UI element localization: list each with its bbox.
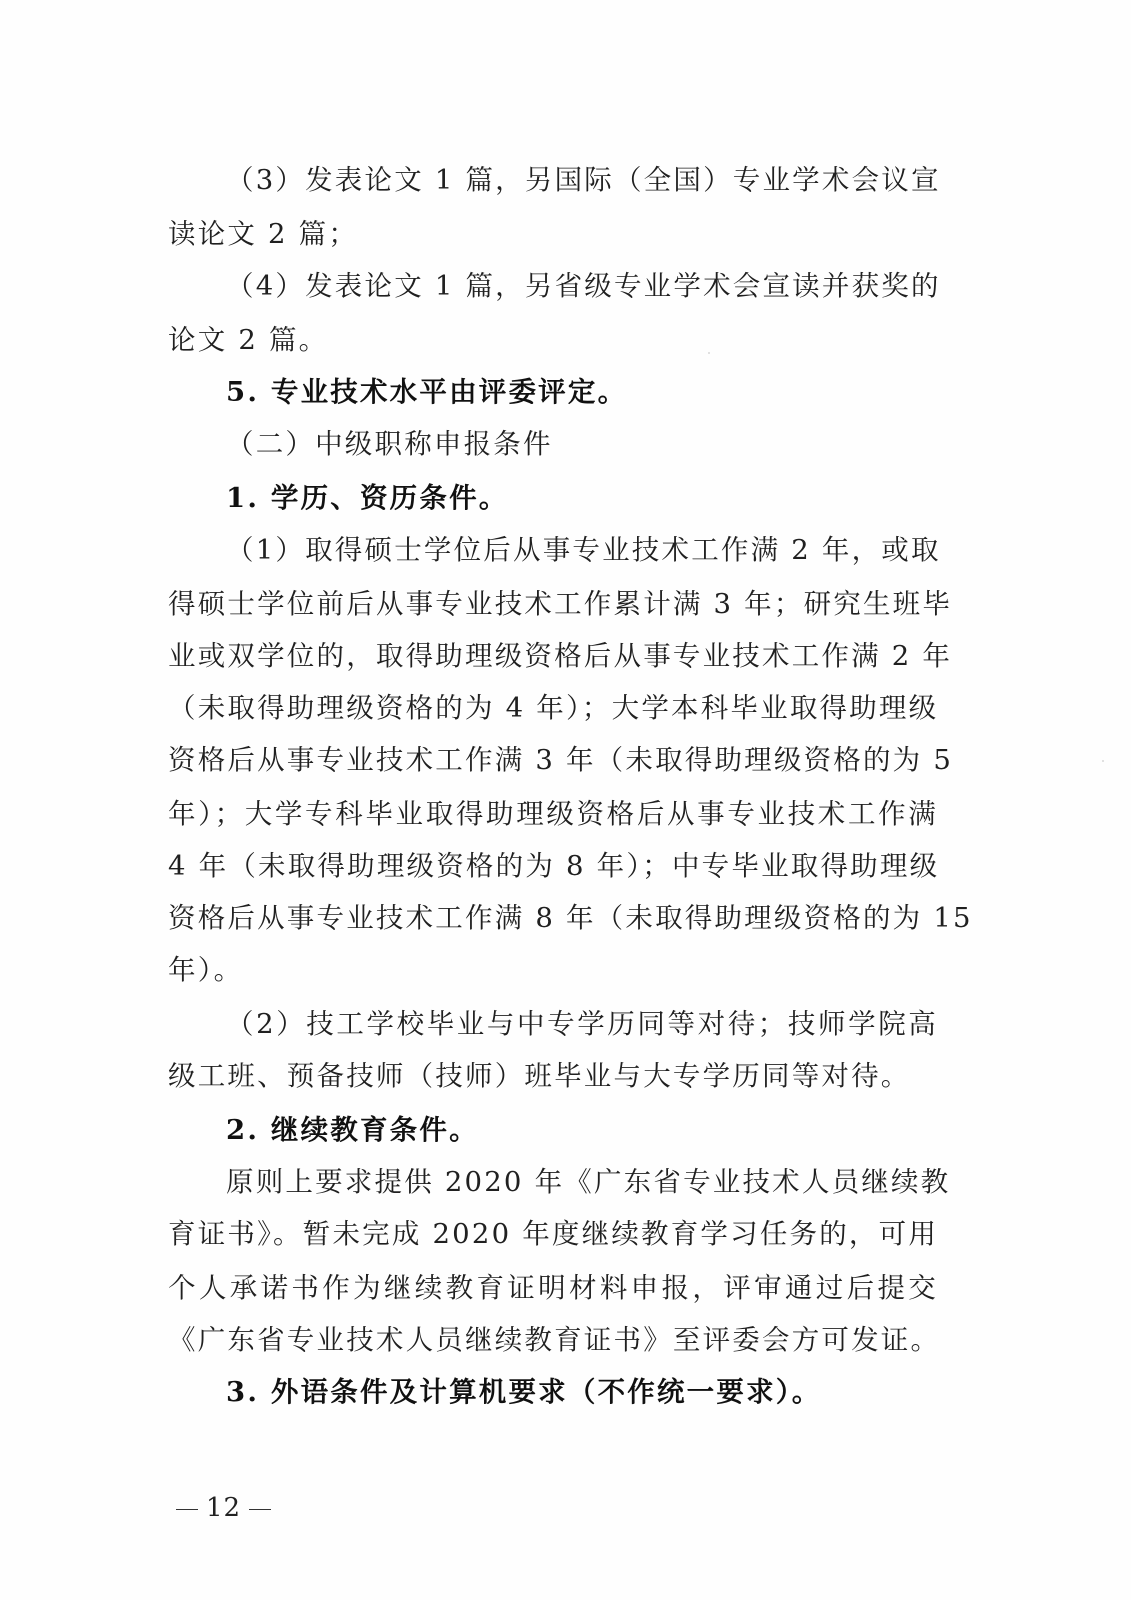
paragraph-line: 资格后从事专业技术工作满 8 年（未取得助理级资格的为 15 <box>168 898 938 938</box>
paragraph-line-item-4-cont: 论文 2 篇。 <box>168 320 938 360</box>
paragraph-line: 得硕士学位前后从事专业技术工作累计满 3 年；研究生班毕 <box>168 584 938 624</box>
paragraph-line: 资格后从事专业技术工作满 3 年（未取得助理级资格的为 5 <box>168 740 938 780</box>
paragraph-line: 个人承诺书作为继续教育证明材料申报，评审通过后提交 <box>168 1268 938 1308</box>
scan-speck <box>708 352 710 354</box>
heading-education-qualification: 1. 学历、资历条件。 <box>226 478 938 518</box>
paragraph-line-item-4: （4）发表论文 1 篇，另省级专业学术会宣读并获奖的 <box>226 266 938 306</box>
paragraph-line: （1）取得硕士学位后从事专业技术工作满 2 年，或取 <box>226 530 938 570</box>
dash-left-decoration <box>176 1509 198 1510</box>
heading-technical-level: 5. 专业技术水平由评委评定。 <box>226 372 938 412</box>
paragraph-line: 原则上要求提供 2020 年《广东省专业技术人员继续教 <box>226 1162 938 1202</box>
page-number-value: 12 <box>206 1493 241 1523</box>
paragraph-line: 年）。 <box>168 950 938 990</box>
dash-right-decoration <box>249 1509 271 1510</box>
scan-speck <box>1102 760 1104 762</box>
document-page: （3）发表论文 1 篇，另国际（全国）专业学术会议宣 读论文 2 篇； （4）发… <box>0 0 1131 1600</box>
paragraph-line: 业或双学位的，取得助理级资格后从事专业技术工作满 2 年 <box>168 636 938 676</box>
paragraph-line: （未取得助理级资格的为 4 年）；大学本科毕业取得助理级 <box>168 688 938 728</box>
paragraph-line: （2）技工学校毕业与中专学历同等对待；技师学院高 <box>226 1004 938 1044</box>
paragraph-line: 年）；大学专科毕业取得助理级资格后从事专业技术工作满 <box>168 794 938 834</box>
heading-language-computer: 3. 外语条件及计算机要求（不作统一要求）。 <box>226 1372 938 1412</box>
paragraph-line: 级工班、预备技师（技师）班毕业与大专学历同等对待。 <box>168 1056 938 1096</box>
paragraph-line: 4 年（未取得助理级资格的为 8 年）；中专毕业取得助理级 <box>168 846 938 886</box>
paragraph-line-item-3-cont: 读论文 2 篇； <box>168 214 938 254</box>
page-number: 12 <box>168 1492 279 1524</box>
heading-continuing-education: 2. 继续教育条件。 <box>226 1110 938 1150</box>
paragraph-line: 《广东省专业技术人员继续教育证书》至评委会方可发证。 <box>168 1320 938 1360</box>
section-heading-intermediate-title: （二）中级职称申报条件 <box>226 424 938 464</box>
paragraph-line-item-3: （3）发表论文 1 篇，另国际（全国）专业学术会议宣 <box>226 160 938 200</box>
paragraph-line: 育证书》。暂未完成 2020 年度继续教育学习任务的，可用 <box>168 1214 938 1254</box>
